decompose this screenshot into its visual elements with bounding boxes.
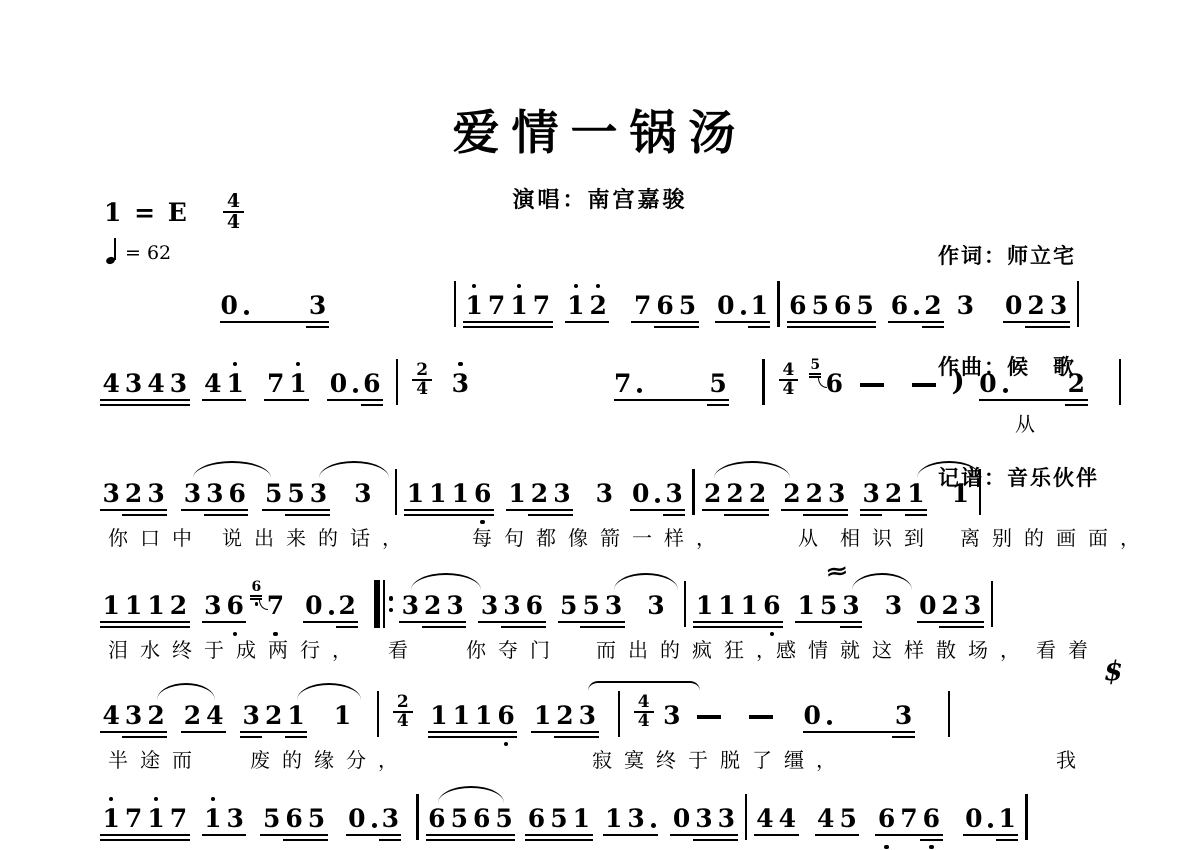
underline-slot bbox=[965, 832, 993, 843]
underline bbox=[963, 834, 996, 836]
underline bbox=[1065, 404, 1087, 406]
barline bbox=[777, 281, 779, 327]
note: 2 bbox=[531, 468, 548, 526]
underline-slot bbox=[842, 619, 859, 630]
time-signature: 24 bbox=[393, 694, 413, 730]
digit-row: 7 bbox=[533, 292, 550, 319]
underline bbox=[145, 509, 167, 511]
notes-row: 43224321124111612344303 bbox=[100, 690, 1160, 748]
lyric-segment: 离别的画面， bbox=[960, 522, 1152, 551]
digit-row: 5 bbox=[308, 805, 325, 832]
repeat-start-sign bbox=[374, 580, 393, 628]
digit-row: 6 bbox=[656, 292, 673, 319]
key-signature-row: 1 = E 4 4 bbox=[104, 192, 244, 232]
underline bbox=[145, 626, 167, 628]
underline bbox=[1047, 321, 1069, 323]
digit-row: 6 bbox=[526, 592, 543, 619]
underline-slot bbox=[206, 729, 223, 740]
spacer bbox=[517, 690, 531, 691]
digit-row: 7 bbox=[125, 805, 142, 832]
note: 6 bbox=[363, 358, 380, 416]
digit-row: 1 bbox=[103, 805, 120, 832]
underline-slot bbox=[647, 619, 664, 630]
underline bbox=[525, 839, 547, 841]
underline bbox=[306, 326, 328, 328]
note-digit: 7 bbox=[634, 292, 651, 319]
underline bbox=[145, 399, 167, 401]
song-title: 爱情一锅汤 bbox=[0, 96, 1200, 163]
digit-row: 3 bbox=[553, 480, 570, 507]
note: 3 bbox=[964, 580, 981, 638]
spacer bbox=[246, 358, 264, 359]
underline bbox=[898, 834, 920, 836]
underline bbox=[525, 834, 547, 836]
underline bbox=[145, 736, 167, 738]
underline-slot bbox=[878, 832, 895, 843]
underline bbox=[1003, 321, 1025, 323]
note-digit: 1 bbox=[204, 805, 221, 832]
note-digit: 1 bbox=[429, 480, 446, 507]
underline bbox=[426, 839, 448, 841]
underline bbox=[145, 514, 167, 516]
note-digit: 1 bbox=[103, 592, 120, 619]
underline bbox=[826, 514, 848, 516]
underline bbox=[702, 509, 724, 511]
digit-row: 0 bbox=[673, 805, 690, 832]
digit-row: 5 bbox=[550, 805, 567, 832]
underline bbox=[996, 839, 1018, 841]
beamed-wide-group: 03 bbox=[218, 280, 329, 338]
underline-slot bbox=[924, 319, 941, 330]
underline bbox=[100, 509, 122, 511]
note-digit: 5 bbox=[265, 480, 282, 507]
underline bbox=[920, 839, 942, 841]
spacer bbox=[834, 690, 892, 691]
underline-slot bbox=[227, 832, 244, 843]
note: 7 bbox=[125, 793, 142, 850]
note-digit: 2 bbox=[339, 592, 356, 619]
digit-row: 2 bbox=[531, 480, 548, 507]
underline bbox=[854, 321, 876, 323]
augmentation-dot bbox=[353, 388, 358, 393]
note-digit: 1 bbox=[227, 370, 244, 397]
digit-row: 4 bbox=[756, 805, 773, 832]
note: 2 bbox=[590, 280, 607, 338]
underline bbox=[240, 736, 262, 738]
repeat-thin-bar bbox=[383, 580, 385, 628]
spacer bbox=[943, 793, 963, 794]
underline-slot bbox=[103, 507, 120, 518]
digit-row: 4 bbox=[817, 805, 834, 832]
underline bbox=[815, 834, 837, 836]
note: 6 bbox=[526, 580, 543, 638]
note: 2 bbox=[265, 690, 282, 748]
digit-row: 3 bbox=[125, 370, 142, 397]
octave-dot bbox=[596, 284, 601, 289]
note: 0 bbox=[919, 580, 936, 638]
note-digit: 2 bbox=[125, 480, 142, 507]
digit-row: 3 bbox=[665, 480, 682, 507]
note-digit: 3 bbox=[170, 370, 187, 397]
spacer bbox=[876, 280, 888, 281]
music-system-3: 323336553311161233032222233211你口中说出来的话，每… bbox=[100, 468, 1160, 526]
underline bbox=[663, 509, 685, 511]
underline bbox=[485, 326, 507, 328]
digit-row: 3 bbox=[964, 592, 981, 619]
note-digit: 6 bbox=[826, 370, 843, 397]
note-digit: 5 bbox=[495, 805, 512, 832]
note-digit: 3 bbox=[695, 805, 712, 832]
underline-slot bbox=[783, 507, 800, 518]
underline bbox=[630, 509, 663, 511]
underline-slot bbox=[103, 832, 120, 843]
underline-slot bbox=[839, 832, 856, 843]
digit-row: 3 bbox=[627, 805, 655, 832]
underline bbox=[1025, 321, 1047, 323]
note-digit: 2 bbox=[1068, 370, 1085, 397]
note: 4 bbox=[756, 793, 773, 850]
note: 1 bbox=[475, 690, 492, 748]
note-digit: 4 bbox=[147, 370, 164, 397]
note-digit: 6 bbox=[656, 292, 673, 319]
underline-slot bbox=[103, 729, 120, 740]
octave-dot bbox=[211, 797, 216, 802]
note: 1 bbox=[567, 280, 584, 338]
note-digit: 1 bbox=[475, 702, 492, 729]
spacer bbox=[167, 468, 181, 469]
spacer bbox=[848, 468, 860, 469]
digit-row: 3 bbox=[184, 480, 201, 507]
spacer bbox=[329, 280, 447, 281]
note-digit: 6 bbox=[891, 292, 908, 319]
digit-row: 1 bbox=[334, 702, 351, 729]
note-digit: 3 bbox=[103, 480, 120, 507]
digit-row: 3 bbox=[828, 480, 845, 507]
note: 3 bbox=[579, 690, 596, 748]
spacer bbox=[573, 468, 593, 469]
underline-slot bbox=[862, 507, 879, 518]
underline bbox=[122, 404, 144, 406]
notes-row: 17171356503656565113033444567601 bbox=[100, 793, 1160, 850]
underline bbox=[422, 626, 444, 628]
underline-slot bbox=[673, 832, 690, 843]
note-digit: 5 bbox=[287, 480, 304, 507]
underline bbox=[346, 834, 379, 836]
note: 1 bbox=[696, 580, 713, 638]
underline bbox=[463, 321, 485, 323]
note: 7 bbox=[900, 793, 917, 850]
note-digit: 6 bbox=[528, 805, 545, 832]
low-octave-slot bbox=[929, 843, 934, 850]
note-digit: 3 bbox=[147, 480, 164, 507]
underline bbox=[493, 839, 515, 841]
barline bbox=[762, 359, 764, 405]
note: 2 bbox=[147, 690, 164, 748]
note: 7 bbox=[614, 358, 642, 416]
digit-row: 3 bbox=[170, 370, 187, 397]
underline-slot bbox=[579, 729, 596, 740]
underline-slot bbox=[147, 397, 164, 408]
underline bbox=[676, 326, 698, 328]
digit-row: 6 bbox=[923, 805, 940, 832]
note: 0 bbox=[632, 468, 660, 526]
spacer bbox=[246, 793, 260, 794]
underline-slot bbox=[184, 729, 201, 740]
digit-row: 4 bbox=[103, 702, 120, 729]
underline-slot bbox=[339, 619, 356, 630]
underline-slot bbox=[998, 832, 1015, 843]
octave-dot bbox=[504, 742, 509, 747]
digit-row: 1 bbox=[227, 370, 244, 397]
note: 6 bbox=[826, 358, 843, 416]
note-digit: 7 bbox=[267, 592, 284, 619]
underline bbox=[283, 834, 305, 836]
lyric-segment: 从 bbox=[1015, 408, 1047, 437]
octave-dot bbox=[574, 284, 579, 289]
underline bbox=[145, 839, 167, 841]
digit-row: 6 bbox=[891, 292, 919, 319]
note-digit: 6 bbox=[923, 805, 940, 832]
note: 1 bbox=[508, 468, 525, 526]
underline-slot bbox=[763, 619, 780, 630]
underline-slot bbox=[473, 832, 490, 843]
underline bbox=[428, 736, 450, 738]
note-digit: 2 bbox=[924, 292, 941, 319]
note-digit: 3 bbox=[402, 592, 419, 619]
note: 1 bbox=[204, 793, 221, 850]
digit-row: 6 bbox=[227, 592, 244, 619]
underline bbox=[795, 621, 817, 623]
spacer bbox=[383, 358, 389, 359]
underline bbox=[379, 839, 401, 841]
underline bbox=[715, 839, 737, 841]
underline bbox=[580, 626, 602, 628]
underline bbox=[551, 509, 573, 511]
lyric-segment: 你口中 bbox=[108, 522, 204, 551]
end-barline bbox=[1119, 359, 1121, 405]
note-digit: 3 bbox=[206, 480, 223, 507]
lyric-segment: 半途而 bbox=[108, 744, 204, 773]
repeat-dots bbox=[389, 596, 394, 612]
note-digit: 6 bbox=[285, 805, 302, 832]
note: 1 bbox=[998, 793, 1015, 850]
lyricist-credit: 作词：师立宅 bbox=[938, 238, 1099, 275]
digit-row: 3 bbox=[204, 592, 221, 619]
underline bbox=[551, 514, 573, 516]
note: 3 bbox=[170, 358, 187, 416]
underline bbox=[181, 509, 203, 511]
augmentation-dot bbox=[637, 388, 642, 393]
note: 3 bbox=[503, 580, 520, 638]
note: 1 bbox=[718, 580, 735, 638]
underline-slot bbox=[466, 319, 483, 330]
spacer bbox=[190, 358, 202, 359]
note-digit: 2 bbox=[424, 592, 441, 619]
note: 7 bbox=[170, 793, 187, 850]
underline bbox=[100, 399, 122, 401]
note: 6 bbox=[763, 580, 780, 638]
note-digit: 6 bbox=[229, 480, 246, 507]
barline bbox=[396, 359, 398, 405]
underline bbox=[548, 839, 570, 841]
digit-row: 5 bbox=[856, 292, 873, 319]
note-digit: 4 bbox=[206, 702, 223, 729]
underline bbox=[145, 404, 167, 406]
underline-slot bbox=[634, 319, 651, 330]
note: 6 bbox=[528, 793, 545, 850]
digit-row: 3 bbox=[647, 592, 664, 619]
underline-slot bbox=[582, 619, 599, 630]
digit-row: 5 bbox=[582, 592, 599, 619]
underline-slot bbox=[227, 619, 244, 630]
note-digit: 3 bbox=[204, 592, 221, 619]
note: 1 bbox=[534, 690, 551, 748]
grace-low-octave-slot bbox=[255, 601, 258, 607]
underline-slot bbox=[206, 507, 223, 518]
digit-row: 3 bbox=[579, 702, 596, 729]
digit-row: 1 bbox=[508, 480, 525, 507]
underline bbox=[224, 621, 246, 623]
spacer bbox=[729, 358, 755, 359]
note: 3 bbox=[103, 468, 120, 526]
digit-row: 1 bbox=[567, 292, 584, 319]
digit-row: 6 bbox=[363, 370, 380, 397]
underline bbox=[738, 621, 760, 623]
end-barline bbox=[948, 691, 950, 737]
note-digit: 6 bbox=[428, 805, 445, 832]
beam-line bbox=[979, 399, 1086, 401]
digit-row: 1 bbox=[287, 702, 304, 729]
time-signature: 44 bbox=[779, 362, 799, 398]
digit-row: 6 bbox=[826, 370, 843, 397]
note: 3 bbox=[862, 468, 879, 526]
underline bbox=[809, 373, 821, 375]
underline bbox=[100, 839, 122, 841]
note-digit: 3 bbox=[1050, 292, 1067, 319]
underline-slot bbox=[474, 507, 491, 518]
lyric-segment: 说出来的话， bbox=[222, 522, 414, 551]
underline bbox=[1047, 326, 1069, 328]
underline bbox=[167, 839, 189, 841]
underline-slot bbox=[334, 729, 351, 740]
underline bbox=[809, 326, 831, 328]
underline bbox=[449, 514, 471, 516]
underline bbox=[523, 621, 545, 623]
spacer bbox=[699, 280, 715, 281]
digit-row: 2 bbox=[806, 480, 823, 507]
note: 5 bbox=[709, 358, 726, 416]
digit-row: 3 bbox=[481, 592, 498, 619]
note-digit: 6 bbox=[763, 592, 780, 619]
underline-slot bbox=[952, 507, 969, 518]
note: 3 bbox=[627, 793, 655, 850]
note: 0 bbox=[1005, 280, 1022, 338]
spacer bbox=[799, 793, 815, 794]
digit-row: 3 bbox=[695, 805, 712, 832]
augmentation-dot bbox=[372, 823, 377, 828]
underline bbox=[761, 626, 783, 628]
grace-underline-slot bbox=[251, 594, 261, 601]
time-signature: 44 bbox=[634, 694, 654, 730]
underline bbox=[336, 626, 358, 628]
underline bbox=[663, 514, 685, 516]
note: 1 bbox=[103, 580, 120, 638]
digit-row: 2 bbox=[590, 292, 607, 319]
underline bbox=[100, 834, 122, 836]
underline-slot bbox=[751, 319, 768, 330]
underline bbox=[781, 509, 803, 511]
underline-slot bbox=[812, 319, 829, 330]
digit-row: 3 bbox=[596, 480, 613, 507]
underline-slot bbox=[170, 619, 187, 630]
underline-slot bbox=[147, 619, 164, 630]
note-digit: 3 bbox=[243, 702, 260, 729]
note-digit: 1 bbox=[147, 592, 164, 619]
underline bbox=[145, 834, 167, 836]
note: 3 bbox=[957, 280, 974, 338]
digit-row: 6 bbox=[763, 592, 780, 619]
augmentation-dot bbox=[741, 310, 746, 315]
note-digit: 3 bbox=[895, 702, 912, 729]
note-digit: 1 bbox=[998, 805, 1015, 832]
note: 3 bbox=[402, 580, 419, 638]
underline bbox=[840, 621, 862, 623]
digit-row: 2 bbox=[265, 702, 282, 729]
underline-slot bbox=[287, 507, 304, 518]
note: 0 bbox=[965, 793, 993, 850]
underline bbox=[262, 731, 284, 733]
underline-slot bbox=[533, 319, 550, 330]
digit-row: 7 bbox=[267, 592, 284, 619]
note: 3 bbox=[665, 468, 682, 526]
underline bbox=[470, 834, 492, 836]
note: 2 bbox=[924, 280, 941, 338]
underline bbox=[100, 621, 122, 623]
note-digit: 0 bbox=[330, 370, 347, 397]
note: 1 bbox=[605, 793, 622, 850]
note-digit: 3 bbox=[354, 480, 371, 507]
underline bbox=[531, 731, 553, 733]
underline-slot bbox=[263, 832, 280, 843]
underline bbox=[716, 621, 738, 623]
digit-row: 7 bbox=[170, 805, 187, 832]
notes-row: 03171712765016565623023 bbox=[100, 280, 1160, 338]
note: 1 bbox=[147, 580, 164, 638]
underline bbox=[676, 321, 698, 323]
note-digit: 6 bbox=[497, 702, 514, 729]
beamed-wide-group: 03 bbox=[801, 690, 915, 748]
note-digit: 3 bbox=[627, 805, 644, 832]
underline bbox=[920, 834, 942, 836]
underline-slot bbox=[267, 619, 284, 630]
note: 7 bbox=[488, 280, 505, 338]
note: 4 bbox=[779, 793, 796, 850]
digit-row: 4 bbox=[206, 702, 223, 729]
underline bbox=[693, 834, 715, 836]
note: 2 bbox=[942, 580, 959, 638]
augmentation-dot bbox=[655, 498, 660, 503]
spacer bbox=[328, 793, 346, 794]
underline bbox=[448, 834, 470, 836]
note-digit: 1 bbox=[534, 702, 551, 729]
note: 6 bbox=[891, 280, 919, 338]
note-digit: 1 bbox=[508, 480, 525, 507]
note-digit: 2 bbox=[531, 480, 548, 507]
underline bbox=[307, 514, 329, 516]
octave-dot bbox=[233, 362, 238, 367]
note-digit: 5 bbox=[560, 592, 577, 619]
underline bbox=[565, 321, 587, 323]
